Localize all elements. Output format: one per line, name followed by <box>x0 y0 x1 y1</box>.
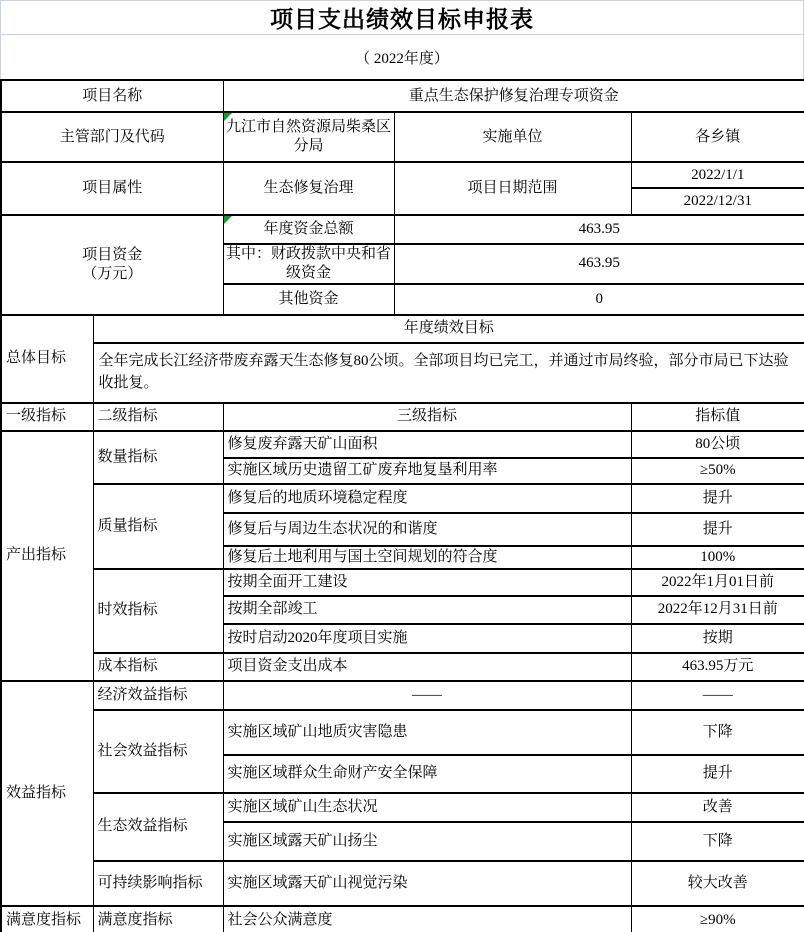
title-block: 项目支出绩效目标申报表 （ 2022年度） <box>0 0 804 79</box>
value-cell: 按期 <box>631 624 804 653</box>
title-row: 项目支出绩效目标申报表 <box>1 1 803 35</box>
subtitle-row: （ 2022年度） <box>1 35 803 79</box>
row-indicator-header: 一级指标 二级指标 三级指标 指标值 <box>1 403 804 431</box>
l3-cell: 实施区域历史遗留工矿废弃地复垦利用率 <box>223 458 631 484</box>
value-cell: 较大改善 <box>631 861 804 906</box>
value-cell: 80公顷 <box>631 431 804 458</box>
indicator-row: 生态效益指标 实施区域矿山生态状况 改善 <box>1 793 804 822</box>
fund-row2-label: 其他资金 <box>223 284 394 315</box>
value-cell: 2022年1月01日前 <box>631 569 804 596</box>
attr-value: 生态修复治理 <box>223 162 394 215</box>
l3-cell: 项目资金支出成本 <box>223 653 631 681</box>
l3-cell: 实施区域矿山生态状况 <box>223 793 631 822</box>
l3-cell: 实施区域矿山地质灾害隐患 <box>223 710 631 755</box>
l2-quantity: 数量指标 <box>93 431 223 484</box>
l3-cell: 修复废弃露天矿山面积 <box>223 431 631 458</box>
form-title: 项目支出绩效目标申报表 <box>270 1 534 34</box>
annual-goal-content: 全年完成长江经济带废弃露天生态修复80公顷。全部项目均已完工，并通过市局终验，部… <box>93 343 804 403</box>
dept-label: 主管部门及代码 <box>1 112 223 162</box>
form-subtitle: （ 2022年度） <box>355 47 449 68</box>
value-cell: ≥50% <box>631 458 804 484</box>
l1-satisfaction: 满意度指标 <box>1 906 93 932</box>
date-end: 2022/12/31 <box>631 188 804 215</box>
l3-cell: 按期全面开工建设 <box>223 569 631 596</box>
row-goal-header: 总体目标 年度绩效目标 <box>1 315 804 343</box>
l3-cell: 实施区域露天矿山扬尘 <box>223 822 631 861</box>
row-goal-content: 全年完成长江经济带废弃露天生态修复80公顷。全部项目均已完工，并通过市局终验，部… <box>1 343 804 403</box>
cell-flag-icon <box>224 216 232 224</box>
value-cell: 下降 <box>631 822 804 861</box>
l2-satisfaction: 满意度指标 <box>93 906 223 932</box>
performance-target-form: 项目支出绩效目标申报表 （ 2022年度） 项目名称 重点生态保护修复治理专项资… <box>0 0 804 932</box>
dept-value-text: 九江市自然资源局柴桑区分局 <box>226 119 391 154</box>
l2-economic: 经济效益指标 <box>93 681 223 710</box>
indicator-row: 产出指标 数量指标 修复废弃露天矿山面积 80公顷 <box>1 431 804 458</box>
value-cell: 463.95万元 <box>631 653 804 681</box>
header-l3: 三级指标 <box>223 403 631 431</box>
l3-cell: 按期全部竣工 <box>223 596 631 624</box>
row-attribute-1: 项目属性 生态修复治理 项目日期范围 2022/1/1 <box>1 162 804 188</box>
l3-cell: 按时启动2020年度项目实施 <box>223 624 631 653</box>
form-table: 项目名称 重点生态保护修复治理专项资金 主管部门及代码 九江市自然资源局柴桑区分… <box>0 79 804 932</box>
indicator-row: 质量指标 修复后的地质环境稳定程度 提升 <box>1 484 804 513</box>
l1-output: 产出指标 <box>1 431 93 681</box>
fund-row0-label: 年度资金总额 <box>223 215 394 244</box>
l2-social: 社会效益指标 <box>93 710 223 793</box>
indicator-row: 可持续影响指标 实施区域露天矿山视觉污染 较大改善 <box>1 861 804 906</box>
header-value: 指标值 <box>631 403 804 431</box>
fund-row0-label-text: 年度资金总额 <box>264 221 354 237</box>
l2-ecological: 生态效益指标 <box>93 793 223 861</box>
header-l1: 一级指标 <box>1 403 93 431</box>
l3-cell: 修复后与周边生态状况的和谐度 <box>223 513 631 546</box>
row-project-name: 项目名称 重点生态保护修复治理专项资金 <box>1 80 804 112</box>
value-cell: 改善 <box>631 793 804 822</box>
attr-label: 项目属性 <box>1 162 223 215</box>
value-cell: 2022年12月31日前 <box>631 596 804 624</box>
l2-cost: 成本指标 <box>93 653 223 681</box>
overall-goal-label: 总体目标 <box>1 315 93 403</box>
fund-row1-value: 463.95 <box>394 244 804 284</box>
value-cell: —— <box>631 681 804 710</box>
indicator-row: 时效指标 按期全面开工建设 2022年1月01日前 <box>1 569 804 596</box>
l3-cell: 社会公众满意度 <box>223 906 631 932</box>
value-cell: ≥90% <box>631 906 804 932</box>
l2-quality: 质量指标 <box>93 484 223 569</box>
fund-row1-label: 其中：财政拨款中央和省级资金 <box>223 244 394 284</box>
fund-row0-value: 463.95 <box>394 215 804 244</box>
impl-unit-value: 各乡镇 <box>631 112 804 162</box>
project-name-value: 重点生态保护修复治理专项资金 <box>223 80 804 112</box>
row-department: 主管部门及代码 九江市自然资源局柴桑区分局 实施单位 各乡镇 <box>1 112 804 162</box>
date-start: 2022/1/1 <box>631 162 804 188</box>
dept-value: 九江市自然资源局柴桑区分局 <box>223 112 394 162</box>
cell-flag-icon <box>224 113 232 121</box>
l1-benefit: 效益指标 <box>1 681 93 906</box>
fund-label: 项目资金 （万元） <box>1 215 223 315</box>
l2-sustainable: 可持续影响指标 <box>93 861 223 906</box>
row-fund-total: 项目资金 （万元） 年度资金总额 463.95 <box>1 215 804 244</box>
value-cell: 提升 <box>631 484 804 513</box>
fund-row2-value: 0 <box>394 284 804 315</box>
l3-cell: 实施区域露天矿山视觉污染 <box>223 861 631 906</box>
annual-goal-header: 年度绩效目标 <box>93 315 804 343</box>
value-cell: 提升 <box>631 513 804 546</box>
impl-unit-label: 实施单位 <box>394 112 631 162</box>
indicator-row: 效益指标 经济效益指标 —— —— <box>1 681 804 710</box>
header-l2: 二级指标 <box>93 403 223 431</box>
project-name-label: 项目名称 <box>1 80 223 112</box>
l2-timeliness: 时效指标 <box>93 569 223 653</box>
l3-cell: 修复后的地质环境稳定程度 <box>223 484 631 513</box>
l3-cell: 修复后土地利用与国土空间规划的符合度 <box>223 546 631 569</box>
indicator-row: 成本指标 项目资金支出成本 463.95万元 <box>1 653 804 681</box>
indicator-row: 社会效益指标 实施区域矿山地质灾害隐患 下降 <box>1 710 804 755</box>
date-range-label: 项目日期范围 <box>394 162 631 215</box>
value-cell: 100% <box>631 546 804 569</box>
l3-cell: 实施区域群众生命财产安全保障 <box>223 755 631 793</box>
value-cell: 提升 <box>631 755 804 793</box>
l3-cell: —— <box>223 681 631 710</box>
indicator-row: 满意度指标 满意度指标 社会公众满意度 ≥90% <box>1 906 804 932</box>
value-cell: 下降 <box>631 710 804 755</box>
